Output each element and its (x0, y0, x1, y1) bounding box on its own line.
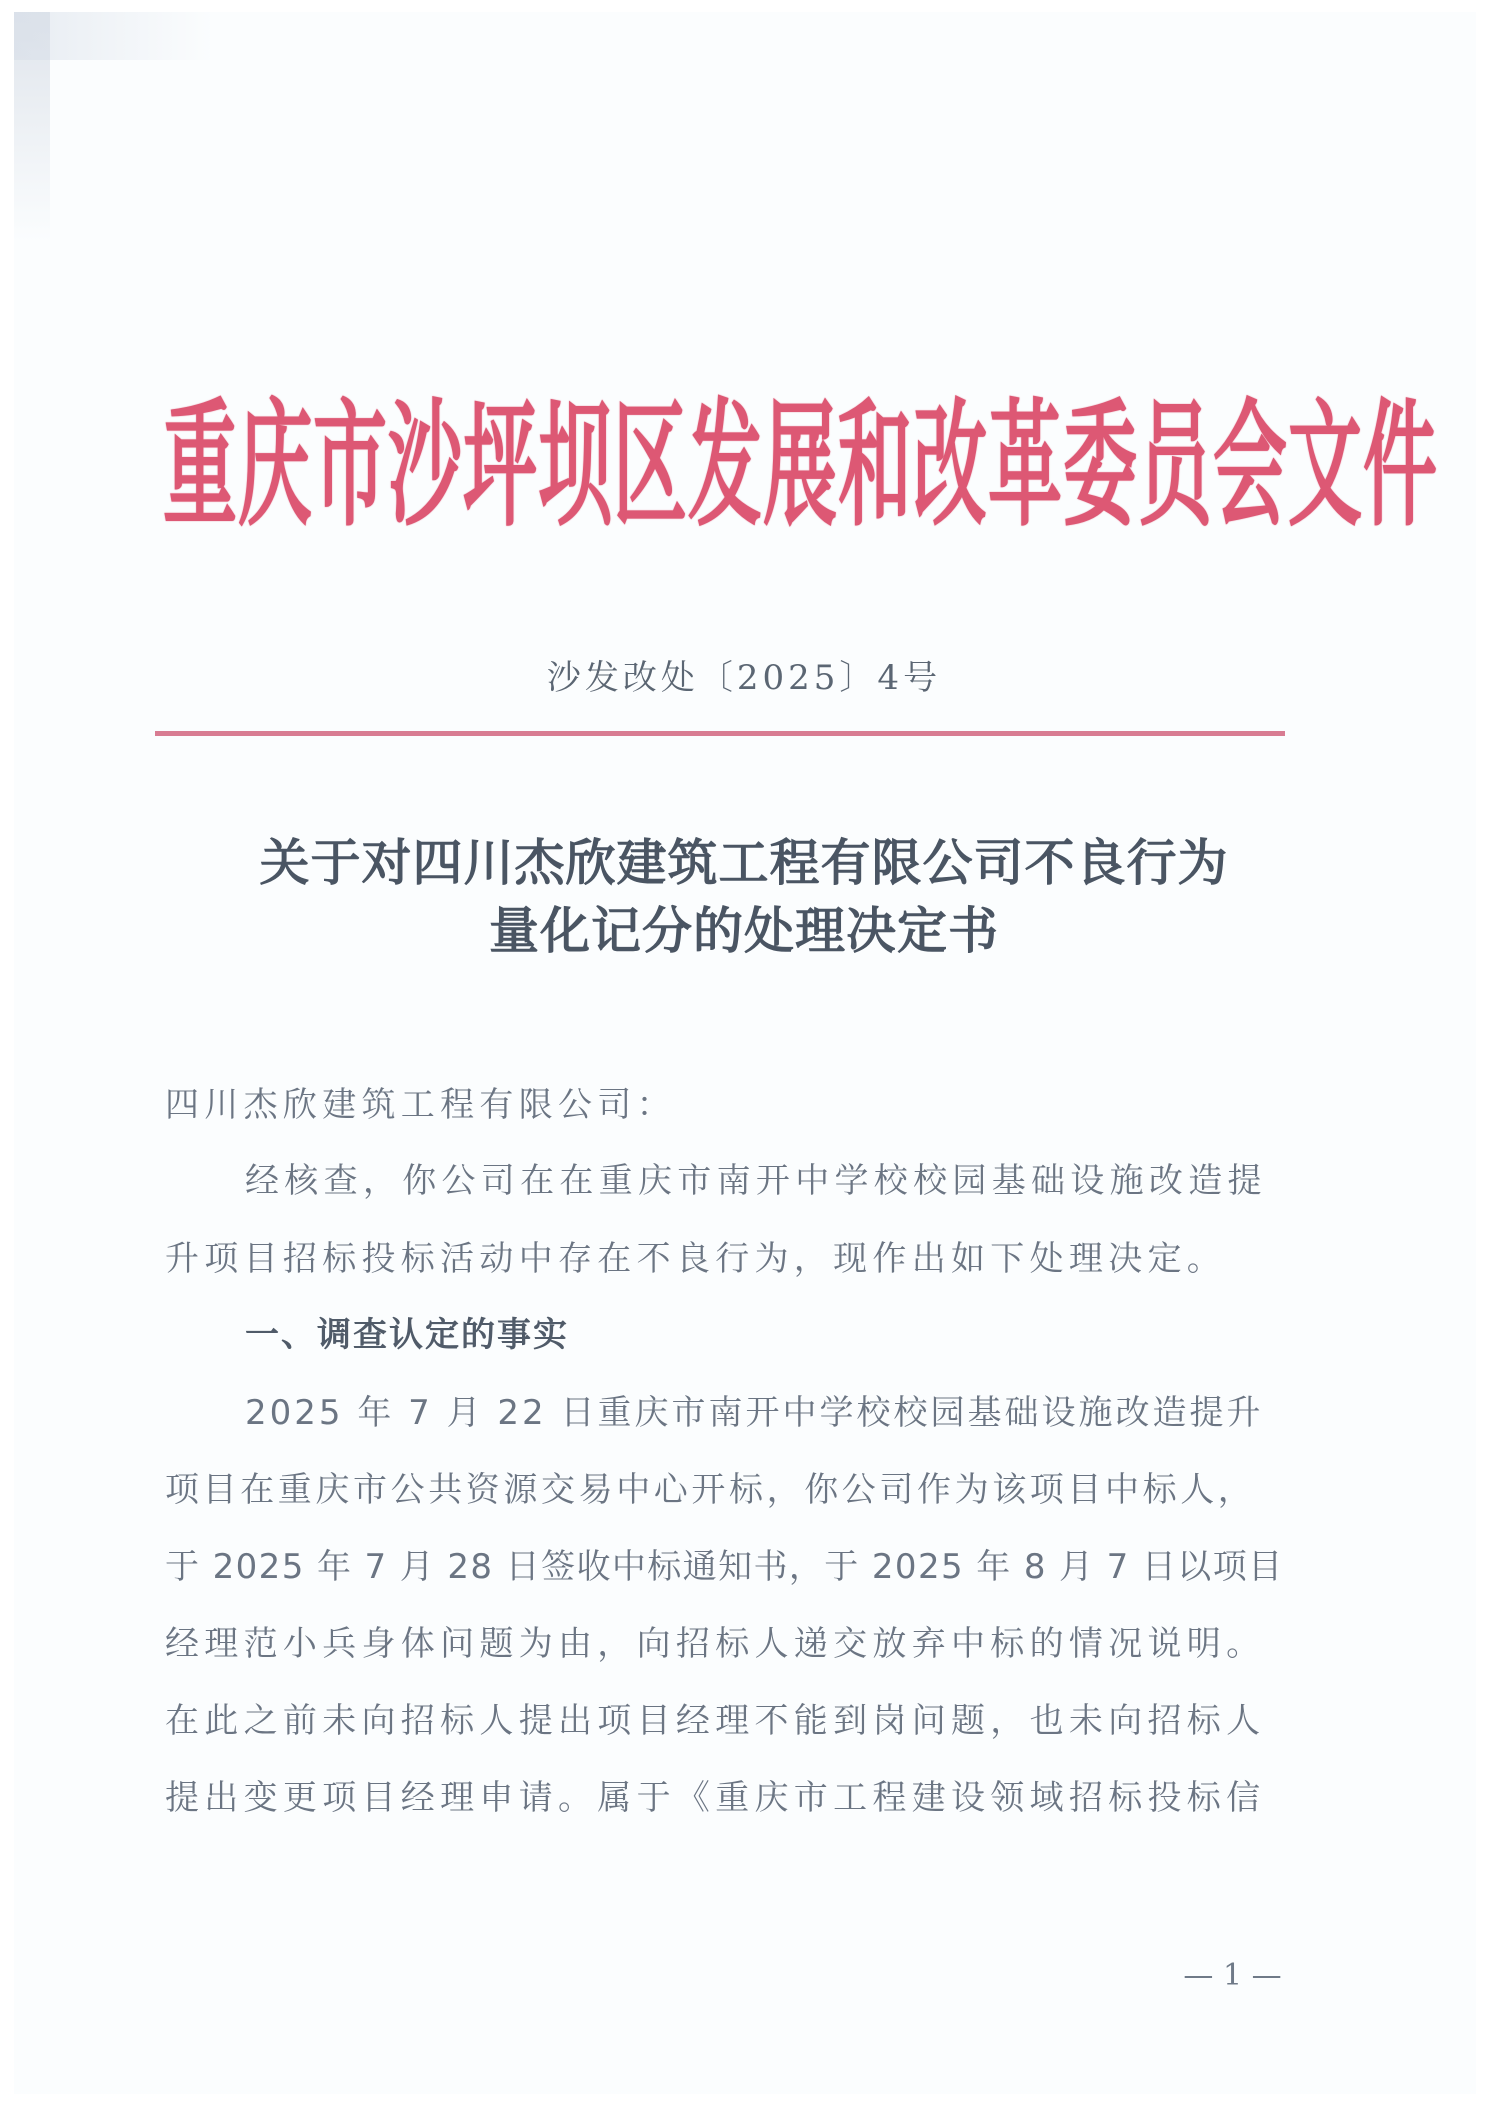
facts-line-6: 提出变更项目经理申请。属于《重庆市工程建设领域招标投标信 (165, 1775, 1290, 1821)
addressee: 四川杰欣建筑工程有限公司： (165, 1082, 1290, 1128)
page-number: — 1 — (1165, 1956, 1300, 1996)
facts-line-1: 2025 年 7 月 22 日重庆市南开中学校校园基础设施改造提升 (245, 1390, 1290, 1436)
scan-shadow-top (14, 12, 214, 60)
facts-line-2: 项目在重庆市公共资源交易中心开标，你公司作为该项目中标人， (165, 1467, 1290, 1513)
intro-line-2: 升项目招标投标活动中存在不良行为，现作出如下处理决定。 (165, 1236, 1290, 1282)
section-heading: 一、调查认定的事实 (245, 1312, 1290, 1358)
facts-line-5: 在此之前未向招标人提出项目经理不能到岗问题，也未向招标人 (165, 1698, 1290, 1744)
red-divider-line (155, 731, 1285, 736)
document-number: 沙发改处〔2025〕4号 (0, 656, 1488, 700)
facts-line-4: 经理范小兵身体问题为由，向招标人递交放弃中标的情况说明。 (165, 1621, 1290, 1667)
intro-line-1: 经核查，你公司在在重庆市南开中学校校园基础设施改造提 (245, 1158, 1290, 1204)
facts-line-3: 于 2025 年 7 月 28 日签收中标通知书，于 2025 年 8 月 7 … (165, 1544, 1290, 1590)
document-title-line-1: 关于对四川杰欣建筑工程有限公司不良行为 (0, 828, 1488, 898)
issuer-header: 重庆市沙坪坝区发展和改革委员会文件 (163, 398, 1298, 668)
document-title-line-2: 量化记分的处理决定书 (0, 896, 1488, 966)
